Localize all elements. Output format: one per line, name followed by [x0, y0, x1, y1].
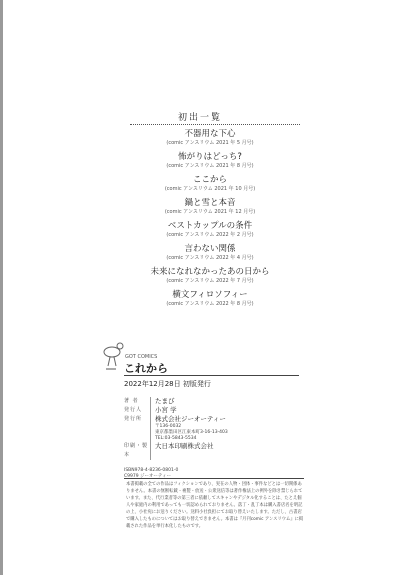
title-rule [124, 375, 299, 376]
toc-item-title: 横文フィロソフィー [100, 289, 320, 301]
toc-item: 横文フィロソフィー(comic アンスリウム 2022 年 8 月号) [100, 289, 320, 308]
toc-item-title: 怖がりはどっち? [100, 151, 320, 163]
credit-label: 著 者 [124, 397, 150, 406]
notice-rule [124, 478, 304, 479]
dotted-divider [130, 124, 300, 125]
toc-item-title: ここから [100, 174, 320, 186]
toc-item-source: (comic アンスリウム 2022 年 2 月号) [100, 232, 320, 239]
credit-value: 小宮 学 [150, 406, 177, 415]
credit-row: 印刷・製本大日本印刷株式会社 [124, 442, 228, 460]
toc-title: 初出一覧 [0, 110, 400, 123]
credit-label: 印刷・製本 [124, 442, 150, 460]
toc-item-title: 未来になれなかったあの日から [100, 266, 320, 278]
toc-item-title: 不器用な下心 [100, 128, 320, 140]
toc-item-title: 鍋と雪と本音 [100, 197, 320, 209]
credit-value: 大日本印刷株式会社 [150, 442, 214, 460]
toc-item-title: ベストカップルの条件 [100, 220, 320, 232]
toc-item-source: (comic アンスリウム 2022 年 4 月号) [100, 255, 320, 262]
credit-row: 著 者たまび [124, 397, 228, 406]
toc-item-source: (comic アンスリウム 2022 年 8 月号) [100, 301, 320, 308]
toc-item: 怖がりはどっち?(comic アンスリウム 2021 年 8 月号) [100, 151, 320, 170]
legal-notice: 本書掲載の全ての作品はフィクションであり、実在の人物・団体・事件などとは一切関係… [126, 481, 304, 530]
toc-item-source: (comic アンスリウム 2021 年 5 月号) [100, 140, 320, 147]
toc-item: ここから(comic アンスリウム 2021 年 10 月号) [100, 174, 320, 193]
toc-item-source: (comic アンスリウム 2021 年 8 月号) [100, 163, 320, 170]
credit-value: 株式会社ジーオーティー〒136-0032東京都墨田区江東本町3-16-13-40… [150, 415, 228, 442]
publication-date: 2022年12月28日 初版発行 [124, 379, 211, 389]
credits: 著 者たまび 発行人小宮 学 発行所株式会社ジーオーティー〒136-0032東京… [124, 397, 228, 460]
toc-item: 鍋と雪と本音(comic アンスリウム 2021 年 12 月号) [100, 197, 320, 216]
toc-item-source: (comic アンスリウム 2022 年 7 月号) [100, 278, 320, 285]
toc-item: 未来になれなかったあの日から(comic アンスリウム 2022 年 7 月号) [100, 266, 320, 285]
book-title: これから [124, 360, 168, 376]
page-edge [0, 0, 3, 575]
toc-item: ベストカップルの条件(comic アンスリウム 2022 年 2 月号) [100, 220, 320, 239]
credit-row: 発行所株式会社ジーオーティー〒136-0032東京都墨田区江東本町3-16-13… [124, 415, 228, 442]
publisher-name: 株式会社ジーオーティー [155, 415, 226, 423]
toc-item-source: (comic アンスリウム 2021 年 10 月号) [100, 186, 320, 193]
price-code: C9979 ジーオーティー [124, 474, 178, 480]
credit-row: 発行人小宮 学 [124, 406, 228, 415]
toc-item: 言わない関係(comic アンスリウム 2022 年 4 月号) [100, 243, 320, 262]
toc-item-source: (comic アンスリウム 2021 年 12 月号) [100, 209, 320, 216]
toc-item: 不器用な下心(comic アンスリウム 2021 年 5 月号) [100, 128, 320, 147]
credit-label: 発行所 [124, 415, 150, 442]
toc-list: 不器用な下心(comic アンスリウム 2021 年 5 月号) 怖がりはどっち… [100, 128, 320, 312]
toc-item-title: 言わない関係 [100, 243, 320, 255]
credit-label: 発行人 [124, 406, 150, 415]
credit-value: たまび [150, 397, 175, 406]
